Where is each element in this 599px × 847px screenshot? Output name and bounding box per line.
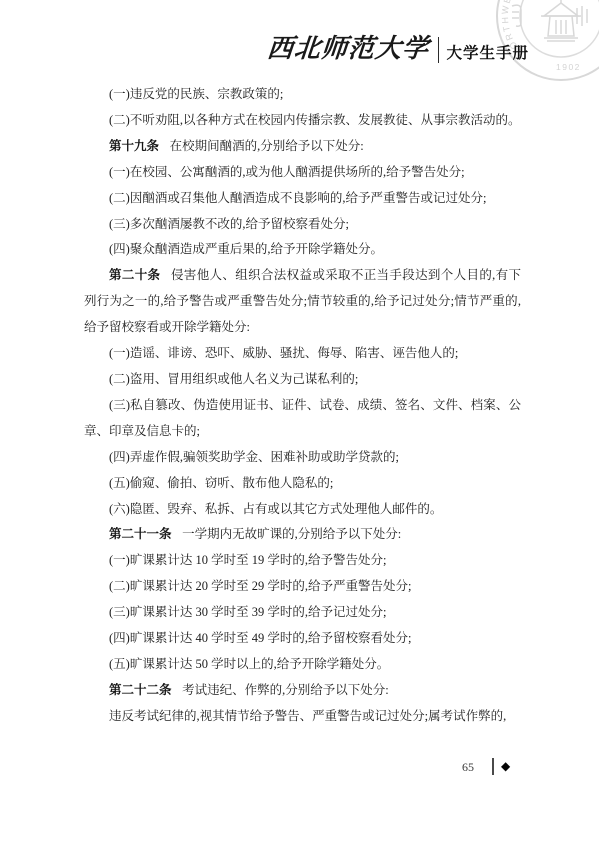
paragraph-text: (二)盗用、冒用组织或他人名义为己谋私利的; [109,372,358,386]
paragraph-text: (四)聚众酗酒造成严重后果的,给予开除学籍处分。 [109,242,383,256]
body-paragraph: (二)盗用、冒用组织或他人名义为己谋私利的; [84,367,521,393]
article-number-label: 第二十二条 [109,683,172,697]
body-paragraph: 第二十一条一学期内无故旷课的,分别给予以下处分: [84,522,521,548]
body-paragraph: 违反考试纪律的,视其情节给予警告、严重警告或记过处分;属考试作弊的, [84,704,521,730]
document-page: NORTHWEST NORMAL UNIVERSITY 1902 西北师范大学 … [0,0,599,847]
article-number-label: 第二十一条 [109,527,172,541]
paragraph-text: 考试违纪、作弊的,分别给予以下处分: [182,683,389,697]
body-paragraph: (二)因酗酒或召集他人酗酒造成不良影响的,给予严重警告或记过处分; [84,186,521,212]
paragraph-text: (二)旷课累计达 20 学时至 29 学时的,给予严重警告处分; [109,579,411,593]
paragraph-text: 一学期内无故旷课的,分别给予以下处分: [182,527,401,541]
paragraph-text: (一)在校园、公寓酗酒的,或为他人酗酒提供场所的,给予警告处分; [109,165,465,179]
body-paragraph: (四)聚众酗酒造成严重后果的,给予开除学籍处分。 [84,237,521,263]
paragraph-text: 违反考试纪律的,视其情节给予警告、严重警告或记过处分;属考试作弊的, [109,709,506,723]
university-name-calligraphy: 西北师范大学 [266,36,430,64]
body-paragraph: (二)不听劝阻,以各种方式在校园内传播宗教、发展教徒、从事宗教活动的。 [84,108,521,134]
paragraph-text: (一)旷课累计达 10 学时至 19 学时的,给予警告处分; [109,553,386,567]
paragraph-text: (三)多次酗酒屡教不改的,给予留校察看处分; [109,217,349,231]
body-paragraph: (一)在校园、公寓酗酒的,或为他人酗酒提供场所的,给予警告处分; [84,160,521,186]
paragraph-text: (一)造谣、诽谤、恐吓、威胁、骚扰、侮辱、陷害、诬告他人的; [109,346,458,360]
paragraph-text: (二)因酗酒或召集他人酗酒造成不良影响的,给予严重警告或记过处分; [109,191,486,205]
body-paragraph: (一)违反党的民族、宗教政策的; [84,82,521,108]
body-paragraph: (三)多次酗酒屡教不改的,给予留校察看处分; [84,212,521,238]
body-paragraph: (五)偷窥、偷拍、窃听、散布他人隐私的; [84,471,521,497]
body-paragraph: (四)弄虚作假,骗领奖助学金、困难补助或助学贷款的; [84,445,521,471]
diamond-icon: ◆ [501,759,510,773]
seal-inner-circle [520,0,599,57]
body-paragraph: (三)旷课累计达 30 学时至 39 学时的,给予记过处分; [84,600,521,626]
paragraph-text: (三)旷课累计达 30 学时至 39 学时的,给予记过处分; [109,605,386,619]
seal-emblem-pagoda [512,0,587,41]
paragraph-text: (一)违反党的民族、宗教政策的; [109,87,283,101]
paragraph-text: (二)不听劝阻,以各种方式在校园内传播宗教、发展教徒、从事宗教活动的。 [109,113,520,127]
page-number: 65 [462,760,474,775]
body-paragraph: (四)旷课累计达 40 学时至 49 学时的,给予留校察看处分; [84,626,521,652]
header-divider [438,37,440,63]
handbook-title: 大学生手册 [446,46,529,65]
paragraph-text: (三)私自篡改、伪造使用证书、证件、试卷、成绩、签名、文件、档案、公章、印章及信… [84,398,521,438]
paragraph-text: (五)偷窥、偷拍、窃听、散布他人隐私的; [109,476,333,490]
body-paragraph: 第十九条在校期间酗酒的,分别给予以下处分: [84,134,521,160]
body-paragraph: 第二十二条考试违纪、作弊的,分别给予以下处分: [84,678,521,704]
seal-year-text: 1902 [556,62,581,72]
body-paragraph: (五)旷课累计达 50 学时以上的,给予开除学籍处分。 [84,652,521,678]
paragraph-text: 在校期间酗酒的,分别给予以下处分: [170,139,364,153]
paragraph-text: (四)弄虚作假,骗领奖助学金、困难补助或助学贷款的; [109,450,399,464]
body-paragraph: (三)私自篡改、伪造使用证书、证件、试卷、成绩、签名、文件、档案、公章、印章及信… [84,393,521,445]
masthead: 西北师范大学 大学生手册 [267,36,529,64]
article-number-label: 第二十条 [109,268,160,282]
paragraph-text: (五)旷课累计达 50 学时以上的,给予开除学籍处分。 [109,657,389,671]
paragraph-text: (六)隐匿、毁弃、私拆、占有或以其它方式处理他人邮件的。 [109,502,442,516]
article-number-label: 第十九条 [109,139,159,153]
body-paragraph: (一)造谣、诽谤、恐吓、威胁、骚扰、侮辱、陷害、诬告他人的; [84,341,521,367]
paragraph-text: (四)旷课累计达 40 学时至 49 学时的,给予留校察看处分; [109,631,411,645]
document-body: (一)违反党的民族、宗教政策的; (二)不听劝阻,以各种方式在校园内传播宗教、发… [84,82,521,730]
page-footer: 65 ◆ [0,756,599,780]
body-paragraph: (二)旷课累计达 20 学时至 29 学时的,给予严重警告处分; [84,574,521,600]
body-paragraph: (六)隐匿、毁弃、私拆、占有或以其它方式处理他人邮件的。 [84,497,521,523]
body-paragraph: (一)旷课累计达 10 学时至 19 学时的,给予警告处分; [84,548,521,574]
footer-divider [492,758,494,775]
body-paragraph: 第二十条侵害他人、组织合法权益或采取不正当手段达到个人目的,有下列行为之一的,给… [84,263,521,341]
